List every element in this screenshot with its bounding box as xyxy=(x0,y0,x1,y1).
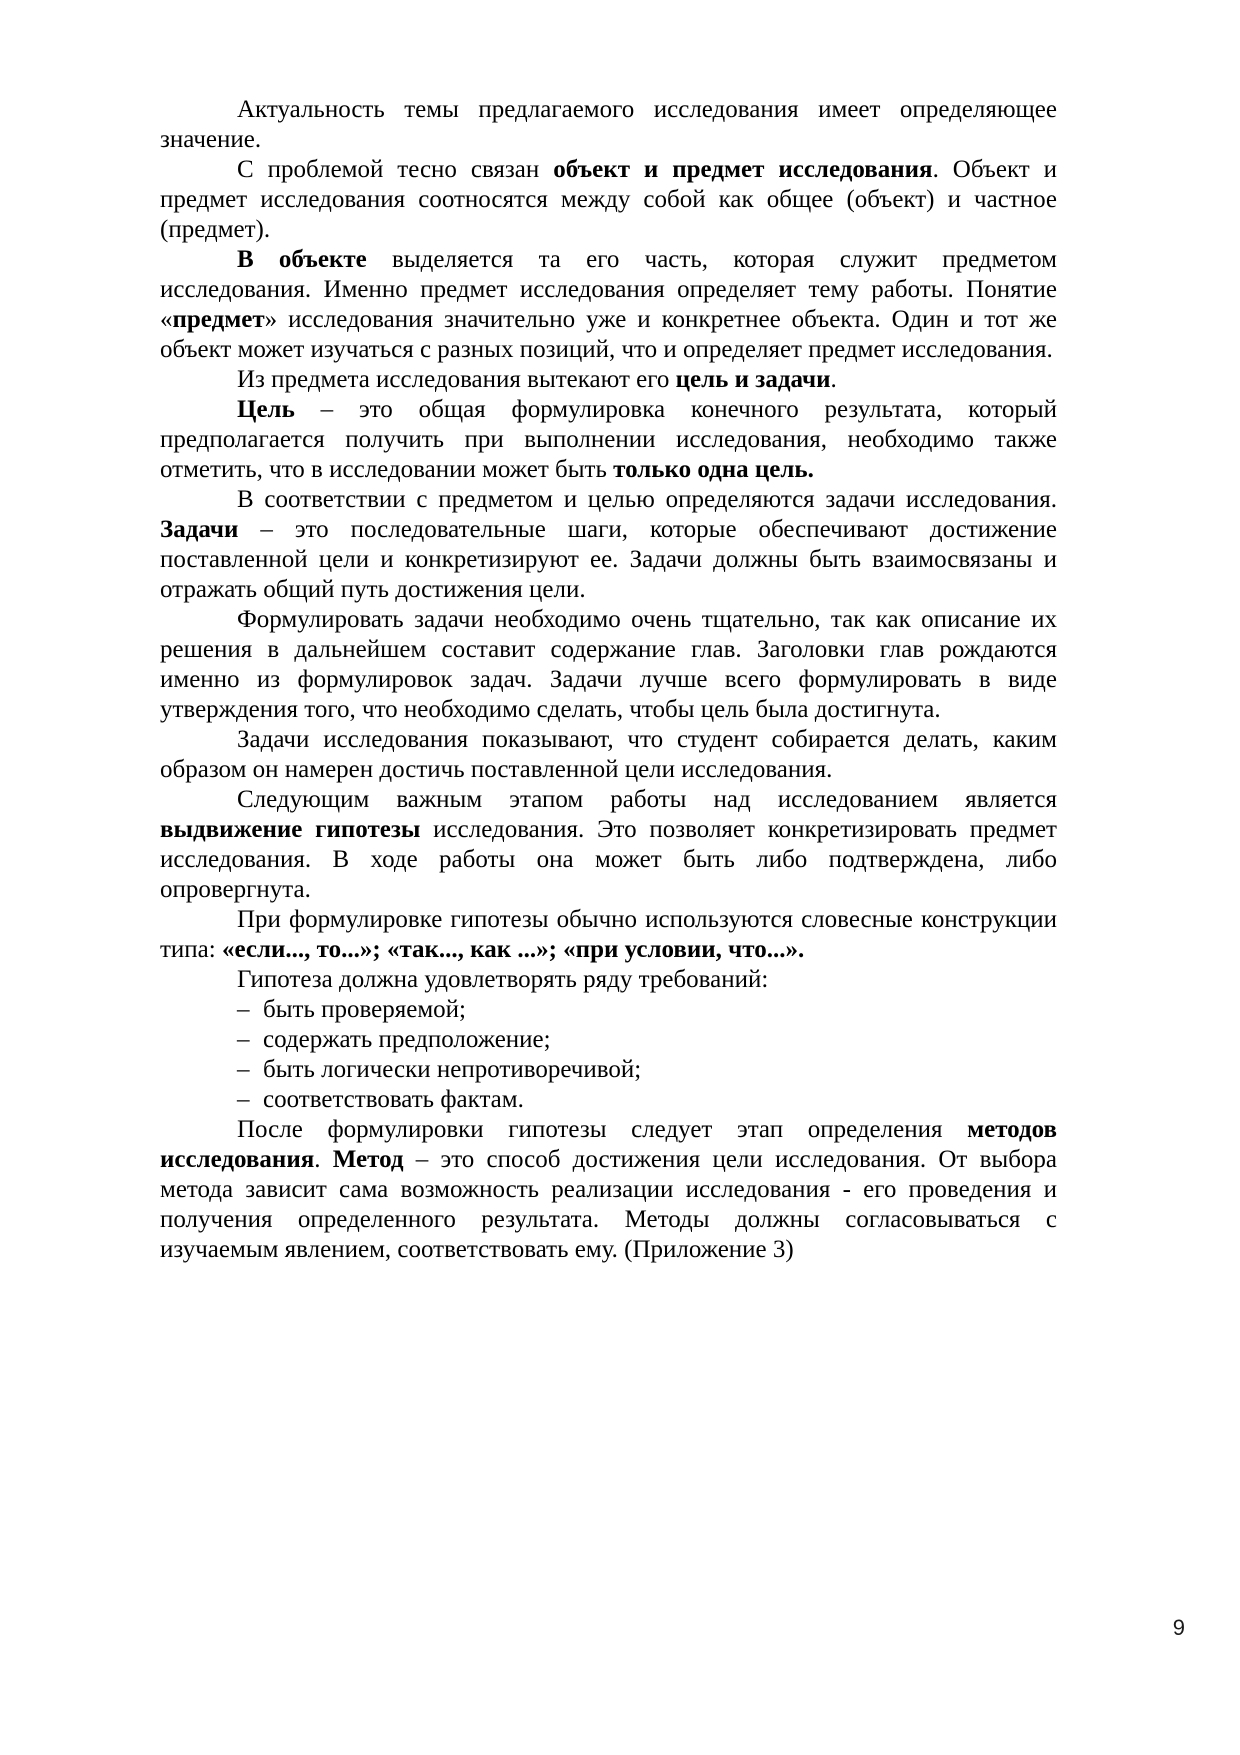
text-run: В соответствии с предметом и целью опред… xyxy=(237,486,1057,513)
text-run: . xyxy=(314,1146,333,1173)
text-run: быть проверяемой; xyxy=(263,996,466,1023)
document-page: Актуальность темы предлагаемого исследов… xyxy=(0,0,1240,1755)
text-run: Формулировать задачи необходимо очень тщ… xyxy=(160,606,1057,723)
bold-text-run: Цель xyxy=(237,396,295,423)
text-run: Задачи исследования показывают, что студ… xyxy=(160,726,1057,783)
paragraph: В соответствии с предметом и целью опред… xyxy=(160,485,1057,605)
paragraph: С проблемой тесно связан объект и предме… xyxy=(160,155,1057,245)
text-run: – это общая формулировка конечного резул… xyxy=(160,396,1057,483)
text-run: Следующим важным этапом работы над иссле… xyxy=(237,786,1057,813)
document-body: Актуальность темы предлагаемого исследов… xyxy=(160,95,1057,1265)
text-run: После формулировки гипотезы следует этап… xyxy=(237,1116,967,1143)
bold-text-run: В объекте xyxy=(237,246,367,273)
bold-text-run: Задачи xyxy=(160,516,238,543)
list-dash-marker: – xyxy=(237,1025,263,1055)
list-item: –быть логически непротиворечивой; xyxy=(160,1055,1057,1085)
text-run: » исследования значительно уже и конкрет… xyxy=(160,306,1057,363)
text-run: содержать предположение; xyxy=(263,1026,551,1053)
list-dash-marker: – xyxy=(237,1085,263,1115)
list-item: –содержать предположение; xyxy=(160,1025,1057,1055)
paragraph: Актуальность темы предлагаемого исследов… xyxy=(160,95,1057,155)
bold-text-run: цель и задачи xyxy=(676,366,831,393)
bold-text-run: Метод xyxy=(333,1146,404,1173)
text-run: С проблемой тесно связан xyxy=(237,156,553,183)
list-dash-marker: – xyxy=(237,995,263,1025)
page-number: 9 xyxy=(1173,1615,1185,1641)
text-run: Гипотеза должна удовлетворять ряду требо… xyxy=(237,966,768,993)
list-item: –соответствовать фактам. xyxy=(160,1085,1057,1115)
paragraph: Из предмета исследования вытекают его це… xyxy=(160,365,1057,395)
text-run: соответствовать фактам. xyxy=(263,1086,524,1113)
paragraph: Цель – это общая формулировка конечного … xyxy=(160,395,1057,485)
bold-text-run: «если..., то...»; «так..., как ...»; «пр… xyxy=(222,936,804,963)
list-item: –быть проверяемой; xyxy=(160,995,1057,1025)
paragraph: В объекте выделяется та его часть, котор… xyxy=(160,245,1057,365)
bold-text-run: предмет xyxy=(173,306,265,333)
text-run: быть логически непротиворечивой; xyxy=(263,1056,641,1083)
paragraph: После формулировки гипотезы следует этап… xyxy=(160,1115,1057,1265)
paragraph: При формулировке гипотезы обычно использ… xyxy=(160,905,1057,965)
bold-text-run: объект и предмет исследования xyxy=(553,156,932,183)
bold-text-run: только одна цель. xyxy=(613,456,814,483)
paragraph: Следующим важным этапом работы над иссле… xyxy=(160,785,1057,905)
text-run: – это последовательные шаги, которые обе… xyxy=(160,516,1057,603)
bold-text-run: выдвижение гипотезы xyxy=(160,816,420,843)
paragraph: Формулировать задачи необходимо очень тщ… xyxy=(160,605,1057,725)
text-run: . xyxy=(831,366,837,393)
text-run: Из предмета исследования вытекают его xyxy=(237,366,676,393)
list-dash-marker: – xyxy=(237,1055,263,1085)
paragraph: Гипотеза должна удовлетворять ряду требо… xyxy=(160,965,1057,995)
paragraph: Задачи исследования показывают, что студ… xyxy=(160,725,1057,785)
text-run: Актуальность темы предлагаемого исследов… xyxy=(160,96,1057,153)
